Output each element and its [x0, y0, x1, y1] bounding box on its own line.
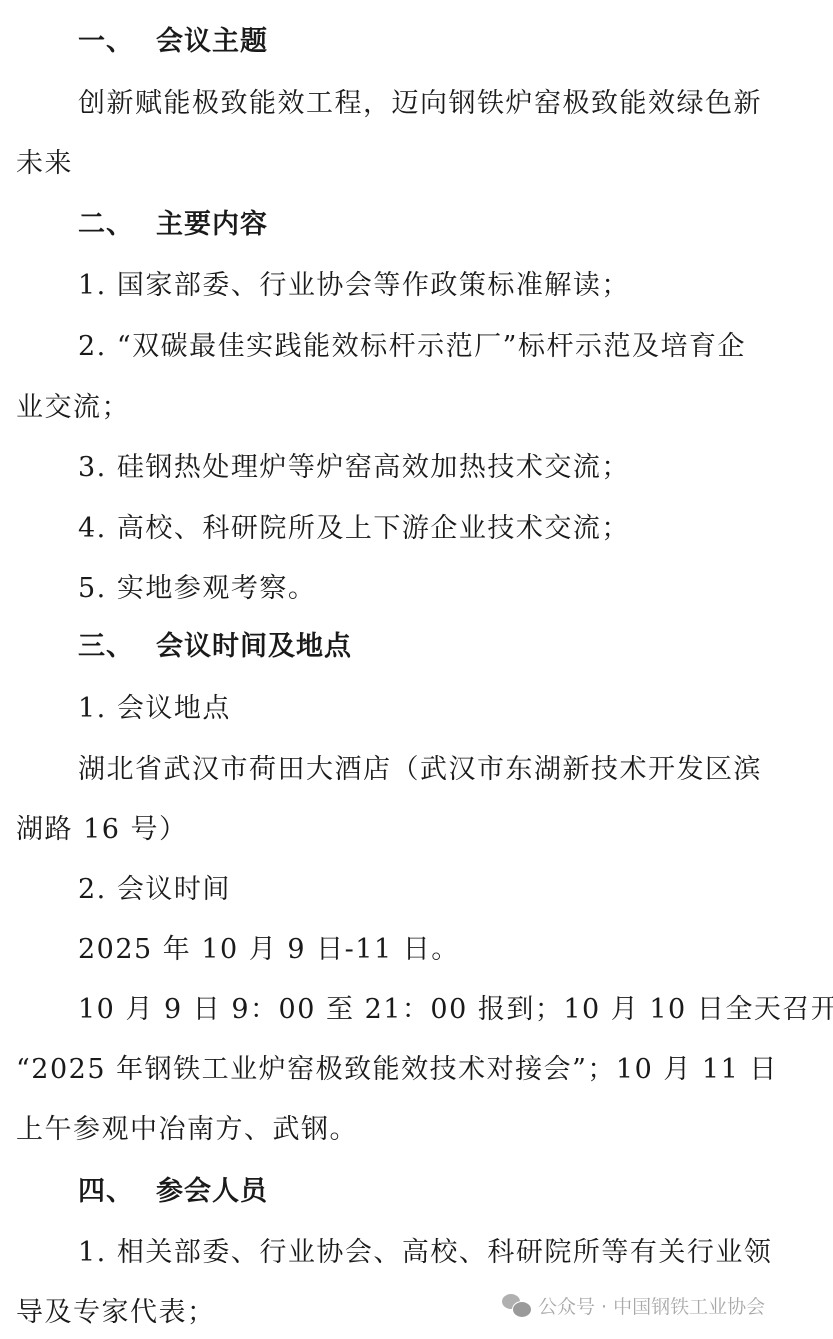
watermark-text: 公众号 · 中国钢铁工业协会	[538, 1292, 765, 1319]
heading-number: 四、	[78, 1172, 156, 1212]
section-heading-1: 一、会议主题	[0, 22, 833, 62]
wechat-icon	[502, 1294, 532, 1318]
paragraph-line: 10 月 9 日 9：00 至 21：00 报到；10 月 10 日全天召开	[0, 990, 833, 1030]
list-item: 1. 国家部委、行业协会等作政策标准解读；	[0, 266, 833, 306]
paragraph-line: 未来	[0, 144, 833, 184]
heading-title: 主要内容	[156, 209, 268, 240]
paragraph-line: 2025 年 10 月 9 日-11 日。	[0, 930, 833, 970]
paragraph-line: 湖北省武汉市荷田大酒店（武汉市东湖新技术开发区滨	[0, 750, 833, 790]
list-item: 5. 实地参观考察。	[0, 569, 833, 609]
paragraph-line: 创新赋能极致能效工程，迈向钢铁炉窑极致能效绿色新	[0, 84, 833, 124]
heading-title: 会议时间及地点	[156, 631, 352, 662]
subheading-location: 1. 会议地点	[0, 689, 833, 729]
list-item-continuation: 业交流；	[0, 388, 833, 428]
heading-number: 二、	[78, 205, 156, 245]
heading-title: 参会人员	[156, 1176, 268, 1207]
watermark: 公众号 · 中国钢铁工业协会	[502, 1292, 765, 1319]
subheading-time: 2. 会议时间	[0, 870, 833, 910]
list-item: 2. “双碳最佳实践能效标杆示范厂”标杆示范及培育企	[0, 327, 833, 367]
section-heading-2: 二、主要内容	[0, 205, 833, 245]
heading-number: 一、	[78, 22, 156, 62]
paragraph-line: 上午参观中冶南方、武钢。	[0, 1110, 833, 1150]
list-item: 4. 高校、科研院所及上下游企业技术交流；	[0, 509, 833, 549]
list-item: 1. 相关部委、行业协会、高校、科研院所等有关行业领	[0, 1233, 833, 1273]
heading-title: 会议主题	[156, 26, 268, 57]
paragraph-line: “2025 年钢铁工业炉窑极致能效技术对接会”；10 月 11 日	[0, 1050, 833, 1090]
list-item: 3. 硅钢热处理炉等炉窑高效加热技术交流；	[0, 448, 833, 488]
paragraph-line: 湖路 16 号）	[0, 810, 833, 850]
section-heading-3: 三、会议时间及地点	[0, 627, 833, 667]
heading-number: 三、	[78, 627, 156, 667]
section-heading-4: 四、参会人员	[0, 1172, 833, 1212]
